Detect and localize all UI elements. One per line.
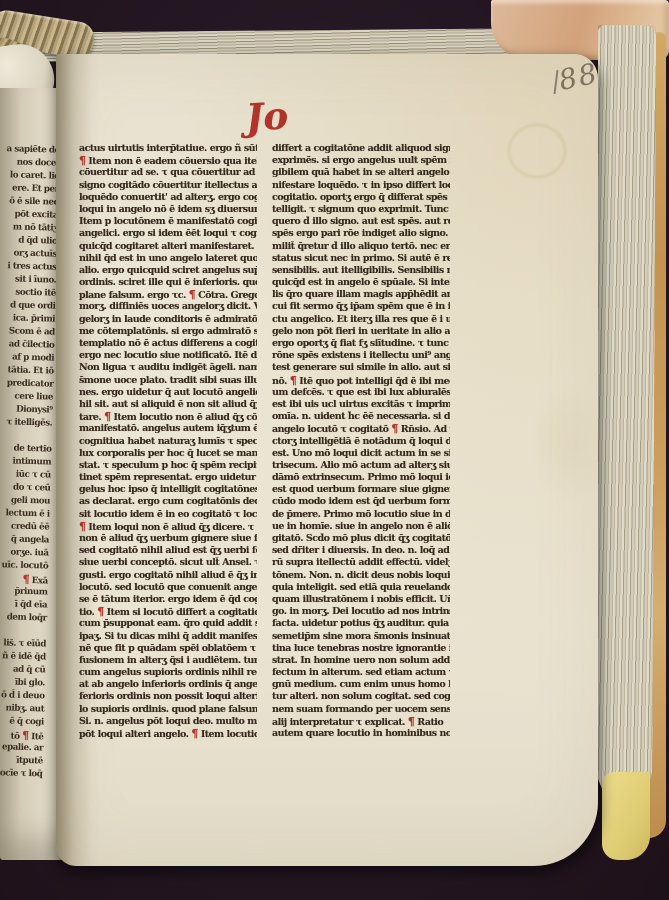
- text-line: quicq̄d cogitaret alteri manifestaret. e…: [79, 241, 257, 253]
- pen-tick-mark: [554, 70, 558, 94]
- fragment-line: tō ¶ Itē: [0, 728, 50, 743]
- text-line: morʒ. diffiniēs uoces angelorʒ dicit. Vo…: [79, 301, 257, 313]
- text-line: tina luce tenebras nostre ignorantie ill…: [272, 643, 450, 655]
- pilcrow-mark: ¶: [97, 606, 103, 618]
- text-line: gnū medium. cum enim unus homo loqui: [272, 679, 450, 691]
- pilcrow-mark: ¶: [189, 289, 195, 301]
- text-line: s̄mone uoce plato. tradit sibi suas illu…: [79, 375, 257, 387]
- text-line: ¶ Item non ē eadem cōuersio qua itellc̄u…: [79, 155, 257, 167]
- text-line: est quod uerbum formare siue gignere. Se: [272, 484, 450, 496]
- pilcrow-mark: ¶: [391, 423, 397, 435]
- text-line: cum p̄supponat eam. q̄ro quid addit supr…: [79, 618, 257, 630]
- text-line: cūdo modo idem est q̄d uerbum formatum: [272, 496, 450, 508]
- right-page: Jo 88 actus uirtutis interp̄tatiue. ergo…: [56, 54, 598, 866]
- text-line: angelo locutō τ cogitatō ¶ Rn̄sio. Ad p̄…: [272, 423, 450, 435]
- text-line: fusionem in alterʒ q̄si i audiētem. tunc…: [79, 655, 257, 667]
- text-line: Non ligua τ auditu indigēt āgeli. nam si…: [79, 362, 257, 374]
- text-line: tare. ¶ Item locutio non ē aliud q̄ʒ cōc…: [79, 411, 257, 423]
- text-line: ¶ Item loqui non ē aliud q̄ʒ dicere. τ d…: [79, 521, 257, 533]
- text-line: angelici. ergo si idem ēēt loqui τ cogit…: [79, 228, 257, 240]
- fragment-line: lectum ē i: [0, 507, 56, 522]
- text-line: at ab angelo inferioris ordinis q̄ angel…: [79, 679, 257, 691]
- text-line: quia inteligit. sed etiā quia reuelando …: [272, 582, 450, 594]
- text-line: quicq̄d est in angelo ē spūale. Si intel…: [272, 277, 450, 289]
- text-line: gusti. ergo cogitatō nihil aliud ē q̄ʒ i…: [79, 570, 257, 582]
- text-line: gitatō. Scd̄o mō plus dicit q̄ʒ cogitatō…: [272, 533, 450, 545]
- text-line: cogitatio. oportʒ ergo q̄ differat spēs …: [272, 192, 450, 204]
- text-line: quam illustratōnem i nobis efficit. Un̄ …: [272, 594, 450, 606]
- text-line: dāmō extrinsecum. Primo mō loqui idem: [272, 472, 450, 484]
- text-line: milit̄ q̄retur d̄ illo aliquo tertō. nec…: [272, 241, 450, 253]
- text-line: pōt loqui alteri angelo. ¶ Item locutio …: [79, 728, 257, 740]
- text-line: fectum in alterum. sed etiam actum τ si-: [272, 667, 450, 679]
- fragment-line: lis̄. τ eīūd: [0, 637, 52, 652]
- text-line: trisecum. Alio mō actum ad alterʒ siue q…: [272, 460, 450, 472]
- text-line: loqui in angelo nō ē idem sʒ diuersum.: [79, 204, 257, 216]
- text-column-right: differt a cogitatōne addit aliquod signu…: [272, 143, 450, 740]
- text-line: as declarat. ergo cum cogitatōnis declar…: [79, 496, 257, 508]
- page-stain: [526, 384, 616, 504]
- text-line: tio. ¶ Item si locutō differt a cogitati…: [79, 606, 257, 618]
- fragment-line: ē q̄ cogi: [0, 715, 50, 730]
- text-line: ergo oportʒ q̄ fiat fʒ siītudine. τ tunc…: [272, 338, 450, 350]
- text-line: spēs ergo pari rōe indiget alio signo. E…: [272, 228, 450, 240]
- text-line: actus uirtutis interp̄tatiue. ergo ñ sūt…: [79, 143, 257, 155]
- text-line: status sicut nec in primo. Si autē ē res…: [272, 253, 450, 265]
- fragment-line: ad q̄ cū: [0, 663, 51, 678]
- pilcrow-mark: ¶: [22, 573, 29, 586]
- text-line: ferioris ordinis non possit loqui alteri…: [79, 691, 257, 703]
- text-line: templatio nō ē actus differens a cogitat…: [79, 338, 257, 350]
- text-line: est. Uno mō loqui dicit actum in se siue…: [272, 448, 450, 460]
- text-line: cōuertitur ad se. τ qua cōuertitur ad al…: [79, 167, 257, 179]
- text-line: nes. ergo uidetur q̄ aut locutō angelica…: [79, 387, 257, 399]
- text-line: me cōtemplatōnis. si ergo admiratō siue …: [79, 326, 257, 338]
- text-line: rū supra itellectū addit effectū. videlʒ…: [272, 557, 450, 569]
- text-line: go. in morʒ. Dei locutio ad nos intrinse…: [272, 606, 450, 618]
- text-line: quero d̄ illo signo. aut est spēs. aut r…: [272, 216, 450, 228]
- book-photograph: a sapiēte donos docetlo caret. licere. E…: [0, 0, 669, 900]
- text-line: nē que fit p quādam spēi oblatōem τ tran…: [79, 643, 257, 655]
- fragment-line: ocīe τ loq̄: [0, 767, 49, 782]
- text-line: gelus hoc ipso q̄ intelligit cogitatōnes…: [79, 484, 257, 496]
- pilcrow-mark: ¶: [290, 375, 296, 387]
- text-line: autem quare locutio in hominibus non: [272, 728, 450, 740]
- fragment-line: ībi glo.: [0, 676, 51, 691]
- text-line: sed dr̄iter i diuersis. In deo. n. loq̄ …: [272, 545, 450, 557]
- text-line: test generare sui simile in alio. aut si…: [272, 362, 450, 374]
- text-line: lo supioris ordinis. quod plane falsum e…: [79, 704, 257, 716]
- fragment-line: i tres actus: [0, 260, 63, 275]
- fragment-line: predicator: [0, 377, 59, 392]
- pilcrow-mark: ¶: [191, 728, 197, 740]
- text-line: nō. ¶ Itē quo pot intelligi q̄d ē ibi me…: [272, 375, 450, 387]
- pilcrow-mark: ¶: [104, 411, 110, 423]
- fragment-line: ñ ē idē q̄d: [0, 650, 52, 665]
- text-line: ordinis. sciret ille qui ē inferioris. q…: [79, 277, 257, 289]
- text-line: cui fit sermo q̄ʒ ip̄am spēm que ē in in…: [272, 301, 450, 313]
- fragment-line: uīc. locutō: [0, 559, 54, 574]
- text-line: ue in homīe. siue in angelo non ē aliō q…: [272, 521, 450, 533]
- fragment-line: ītputē: [0, 754, 49, 769]
- pilcrow-mark: ¶: [79, 521, 85, 533]
- text-line: rōne spēs existens i itellectu uni⁹ ange…: [272, 350, 450, 362]
- text-line: semetip̄m sine mora s̄monis insinuat. re…: [272, 631, 450, 643]
- pilcrow-mark: ¶: [79, 155, 85, 167]
- text-line: hil sit. aut si aliquid ē non sit aliud …: [79, 399, 257, 411]
- fragment-line: ad c̄ilectio: [0, 338, 61, 353]
- fragment-line: ō d̄ i deuo: [0, 689, 51, 704]
- text-line: ctorʒ intelligētiā ē notādum q̄ loqui du…: [272, 436, 450, 448]
- text-line: sed cogitatō nihil aliud est q̄ʒ uerbi f…: [79, 545, 257, 557]
- text-line: cognitiua habet naturaʒ lumīs τ speculi.…: [79, 436, 257, 448]
- text-line: gibilem quā habet in se alteri angelo ma…: [272, 167, 450, 179]
- text-line: alij interpretatur τ explicat. ¶ Ratio: [272, 716, 450, 728]
- text-line: non ē aliud q̄ʒ uerbum gignere siue form…: [79, 533, 257, 545]
- fragment-line: nibʒ. aut: [0, 702, 50, 717]
- text-line: lis q̄ro quare illam magis app̄hēdit ang…: [272, 289, 450, 301]
- text-line: se ē tātum iterior. ergo idem ē q̄d cogi…: [79, 594, 257, 606]
- text-line: nem suam formando per uocem sensibileʒ: [272, 704, 450, 716]
- text-line: manifestatō. angelus autem iq̄ʒtum ē sub…: [79, 423, 257, 435]
- text-line: tōnem. Non. n. dicit deus nobis loqui so…: [272, 570, 450, 582]
- text-line: stat. τ speculum p hoc q̄ spēm recipit τ…: [79, 460, 257, 472]
- text-line: tur alteri. non solum cogitat. sed cogit…: [272, 691, 450, 703]
- text-line: Si. n. angelus pōt loqui deo. multo magi…: [79, 716, 257, 728]
- text-line: ctu angelico. Et iterʒ illa res que ē i …: [272, 314, 450, 326]
- text-line: um defcēs. τ que est ibi lux abiuralēs. …: [272, 387, 450, 399]
- text-line: plane falsum. ergo τc. ¶ Cōtra. Grego. i…: [79, 289, 257, 301]
- text-line: gelo non pōt fieri in ueritate in alio a…: [272, 326, 450, 338]
- text-line: tinet spēm representat. ergo uidetur q̄ …: [79, 472, 257, 484]
- pilcrow-mark: ¶: [22, 729, 29, 742]
- text-line: exprimēs. si ergo angelus uult spēm inte…: [272, 155, 450, 167]
- text-line: locutō. sed locutō que conuenit angelo f…: [79, 582, 257, 594]
- text-line: facta. uidetur potius q̄ʒ auditur. quia …: [272, 618, 450, 630]
- text-column-left: actus uirtutis interp̄tatiue. ergo ñ sūt…: [79, 143, 257, 740]
- fragment-line: epalie. ar: [0, 741, 49, 756]
- text-line: sensibilis. aut itelligibilis. Sensibili…: [272, 265, 450, 277]
- text-line: Item p locutōnem ē manifestatō cogitatus: [79, 216, 257, 228]
- under-page-edge: [602, 772, 650, 860]
- text-line: omīa. n. uident h̄c ēē necessaria. si di…: [272, 411, 450, 423]
- text-line: gelorʒ in laude conditoris ē admiratō in…: [79, 314, 257, 326]
- pilcrow-mark: ¶: [408, 716, 414, 728]
- text-line: est ibi uis ucl uirtus excitās τ imprime…: [272, 399, 450, 411]
- fragment-line: τ itelligēs.: [0, 416, 58, 431]
- text-line: signo cogitādo cōuertitur itellectus ad …: [79, 180, 257, 192]
- text-line: de p̄mere. Primo mō locutio siue in deo.…: [272, 509, 450, 521]
- text-line: alio. ergo quicquid sciret angelus sup̄i…: [79, 265, 257, 277]
- text-line: nihil q̄d est in uno angelo lateret quod…: [79, 253, 257, 265]
- text-line: nifestare loquēdo. τ in ipso differt loc…: [272, 180, 450, 192]
- fragment-line: dem loq̄r: [0, 611, 53, 626]
- text-line: loquēdo conuertit' ad alterʒ. ergo cogit…: [79, 192, 257, 204]
- text-line: differt a cogitatōne addit aliquod signu…: [272, 143, 450, 155]
- text-line: telligit. τ signum quo exprimit. Tunc ig…: [272, 204, 450, 216]
- text-line: lux corporalis per hoc q̄ lucet se manif…: [79, 448, 257, 460]
- fragment-line: ō ē sile nec: [0, 195, 65, 210]
- page-stain-ring: [508, 124, 566, 178]
- text-line: sit locutio idem ē in eo cogitatō τ locu…: [79, 509, 257, 521]
- text-line: ergo nec locutio siue notificatō. Itē da…: [79, 350, 257, 362]
- text-line: cum angelus supioris ordinis nihil recip…: [79, 667, 257, 679]
- text-line: strat. In homine uero non solum addit ef…: [272, 655, 450, 667]
- text-line: siue uerbi conceptō. sicut ult̄ Ansel. τ…: [79, 557, 257, 569]
- text-line: ipaʒ. Si tu dicas mihi q̄ addit manifest…: [79, 631, 257, 643]
